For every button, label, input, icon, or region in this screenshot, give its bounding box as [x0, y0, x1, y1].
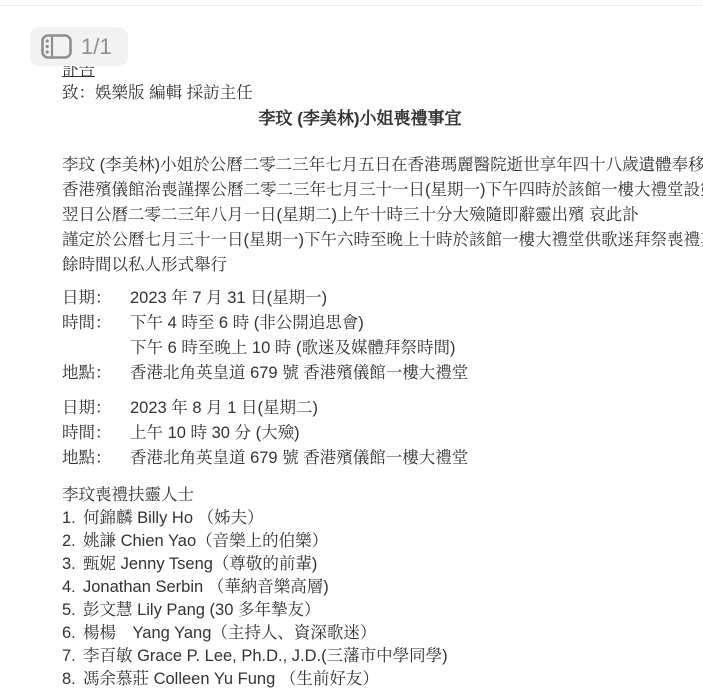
schedule-row-label: 日期：	[62, 396, 130, 421]
schedule-row: 地點： 香港北角英皇道 679 號 香港殯儀館一樓大禮堂	[62, 361, 703, 386]
list-item-number: 5.	[62, 599, 83, 622]
list-item-text: 何錦麟 Billy Ho （姊夫）	[83, 507, 264, 530]
schedule-row-value: 下午 6 時至晚上 10 時 (歌迷及媒體拜祭時間)	[130, 336, 455, 361]
list-item-text: 甄妮 Jenny Tseng（尊敬的前輩)	[83, 553, 317, 576]
schedule-row-label: 日期：	[62, 286, 130, 311]
top-divider	[0, 5, 703, 6]
list-item: 7. 李百敏 Grace P. Lee, Ph.D., J.D.(三藩市中學同學…	[62, 645, 703, 668]
list-item-text: 李百敏 Grace P. Lee, Ph.D., J.D.(三藩市中學同學)	[83, 645, 448, 668]
schedule-row: 地點： 香港北角英皇道 679 號 香港殯儀館一樓大禮堂	[62, 446, 703, 471]
document-viewer: 1/1 訃告 致：娛樂版 編輯 採訪主任 李玟 (李美林)小姐喪禮事宜 李玟 (…	[0, 0, 703, 690]
recipient-line: 致：娛樂版 編輯 採訪主任	[62, 80, 703, 106]
schedule-row-value: 香港北角英皇道 679 號 香港殯儀館一樓大禮堂	[130, 446, 468, 471]
paragraph-line: 餘時間以私人形式舉行	[62, 253, 703, 278]
list-item: 1. 何錦麟 Billy Ho （姊夫）	[62, 507, 703, 530]
list-item: 2. 姚謙 Chien Yao（音樂上的伯樂）	[62, 530, 703, 553]
schedule-row: 日期： 2023 年 7 月 31 日(星期一)	[62, 286, 703, 311]
schedule-row: 時間： 下午 4 時至 6 時 (非公開追思會)	[62, 311, 703, 336]
schedule-row-label	[62, 336, 130, 361]
paragraph-line: 謹定於公曆七月三十一日(星期一)下午六時至晚上十時於該館一樓大禮堂供歌迷拜祭喪禮…	[62, 228, 703, 253]
schedule-row-value: 2023 年 7 月 31 日(星期一)	[130, 286, 327, 311]
notice-label-clipped: 訃告	[62, 66, 703, 80]
schedule-row-label: 地點：	[62, 446, 130, 471]
schedule-row: 時間： 上午 10 時 30 分 (大殮)	[62, 421, 703, 446]
list-item-text: Jonathan Serbin （華納音樂高層)	[83, 576, 329, 599]
notice-label: 訃告	[62, 66, 703, 80]
page-thumbnails-icon	[41, 34, 72, 59]
list-item: 5. 彭文慧 Lily Pang (30 多年摯友）	[62, 599, 703, 622]
paragraph-line: 香港殯儀館治喪謹擇公曆二零二三年七月三十一日(星期一)下午四時於該館一樓大禮堂設…	[62, 178, 703, 203]
schedule-row-label: 地點：	[62, 361, 130, 386]
list-item-number: 7.	[62, 645, 83, 668]
pallbearers-heading: 李玟喪禮扶靈人士	[62, 484, 703, 507]
schedule-section-aug1: 日期： 2023 年 8 月 1 日(星期二) 時間： 上午 10 時 30 分…	[62, 396, 703, 471]
paragraph-line: 李玟 (李美林)小姐於公曆二零二三年七月五日在香港瑪麗醫院逝世享年四十八歲遺體奉…	[62, 153, 703, 178]
list-item-text: 馮余慕莊 Colleen Yu Fung （生前好友）	[83, 668, 379, 690]
pallbearers-section: 李玟喪禮扶靈人士 1. 何錦麟 Billy Ho （姊夫） 2. 姚謙 Chie…	[62, 484, 703, 690]
list-item: 3. 甄妮 Jenny Tseng（尊敬的前輩)	[62, 553, 703, 576]
list-item: 4. Jonathan Serbin （華納音樂高層)	[62, 576, 703, 599]
schedule-section-jul31: 日期： 2023 年 7 月 31 日(星期一) 時間： 下午 4 時至 6 時…	[62, 286, 703, 386]
obituary-paragraph: 李玟 (李美林)小姐於公曆二零二三年七月五日在香港瑪麗醫院逝世享年四十八歲遺體奉…	[62, 153, 703, 278]
list-item-number: 1.	[62, 507, 83, 530]
schedule-row-label: 時間：	[62, 311, 130, 336]
list-item-number: 4.	[62, 576, 83, 599]
list-item: 8. 馮余慕莊 Colleen Yu Fung （生前好友）	[62, 668, 703, 690]
list-item-text: 姚謙 Chien Yao（音樂上的伯樂）	[83, 530, 328, 553]
schedule-row: 下午 6 時至晚上 10 時 (歌迷及媒體拜祭時間)	[62, 336, 703, 361]
page-indicator[interactable]: 1/1	[30, 27, 128, 66]
document-body: 訃告 致：娛樂版 編輯 採訪主任 李玟 (李美林)小姐喪禮事宜 李玟 (李美林)…	[62, 66, 703, 690]
page-indicator-label: 1/1	[81, 34, 112, 59]
schedule-row-value: 2023 年 8 月 1 日(星期二)	[130, 396, 318, 421]
document-title: 李玟 (李美林)小姐喪禮事宜	[62, 106, 703, 132]
list-item-text: 彭文慧 Lily Pang (30 多年摯友）	[83, 599, 320, 622]
list-item-number: 3.	[62, 553, 83, 576]
list-item-number: 8.	[62, 668, 83, 690]
list-item-number: 6.	[62, 622, 83, 645]
schedule-row: 日期： 2023 年 8 月 1 日(星期二)	[62, 396, 703, 421]
schedule-row-label: 時間：	[62, 421, 130, 446]
list-item-number: 2.	[62, 530, 83, 553]
schedule-row-value: 香港北角英皇道 679 號 香港殯儀館一樓大禮堂	[130, 361, 468, 386]
paragraph-line: 翌日公曆二零二三年八月一日(星期二)上午十時三十分大殮隨即辭靈出殯 哀此訃	[62, 203, 703, 228]
list-item-text: 楊楊 Yang Yang（主持人、資深歌迷）	[83, 622, 376, 645]
schedule-row-value: 下午 4 時至 6 時 (非公開追思會)	[130, 311, 364, 336]
schedule-row-value: 上午 10 時 30 分 (大殮)	[130, 421, 300, 446]
list-item: 6. 楊楊 Yang Yang（主持人、資深歌迷）	[62, 622, 703, 645]
